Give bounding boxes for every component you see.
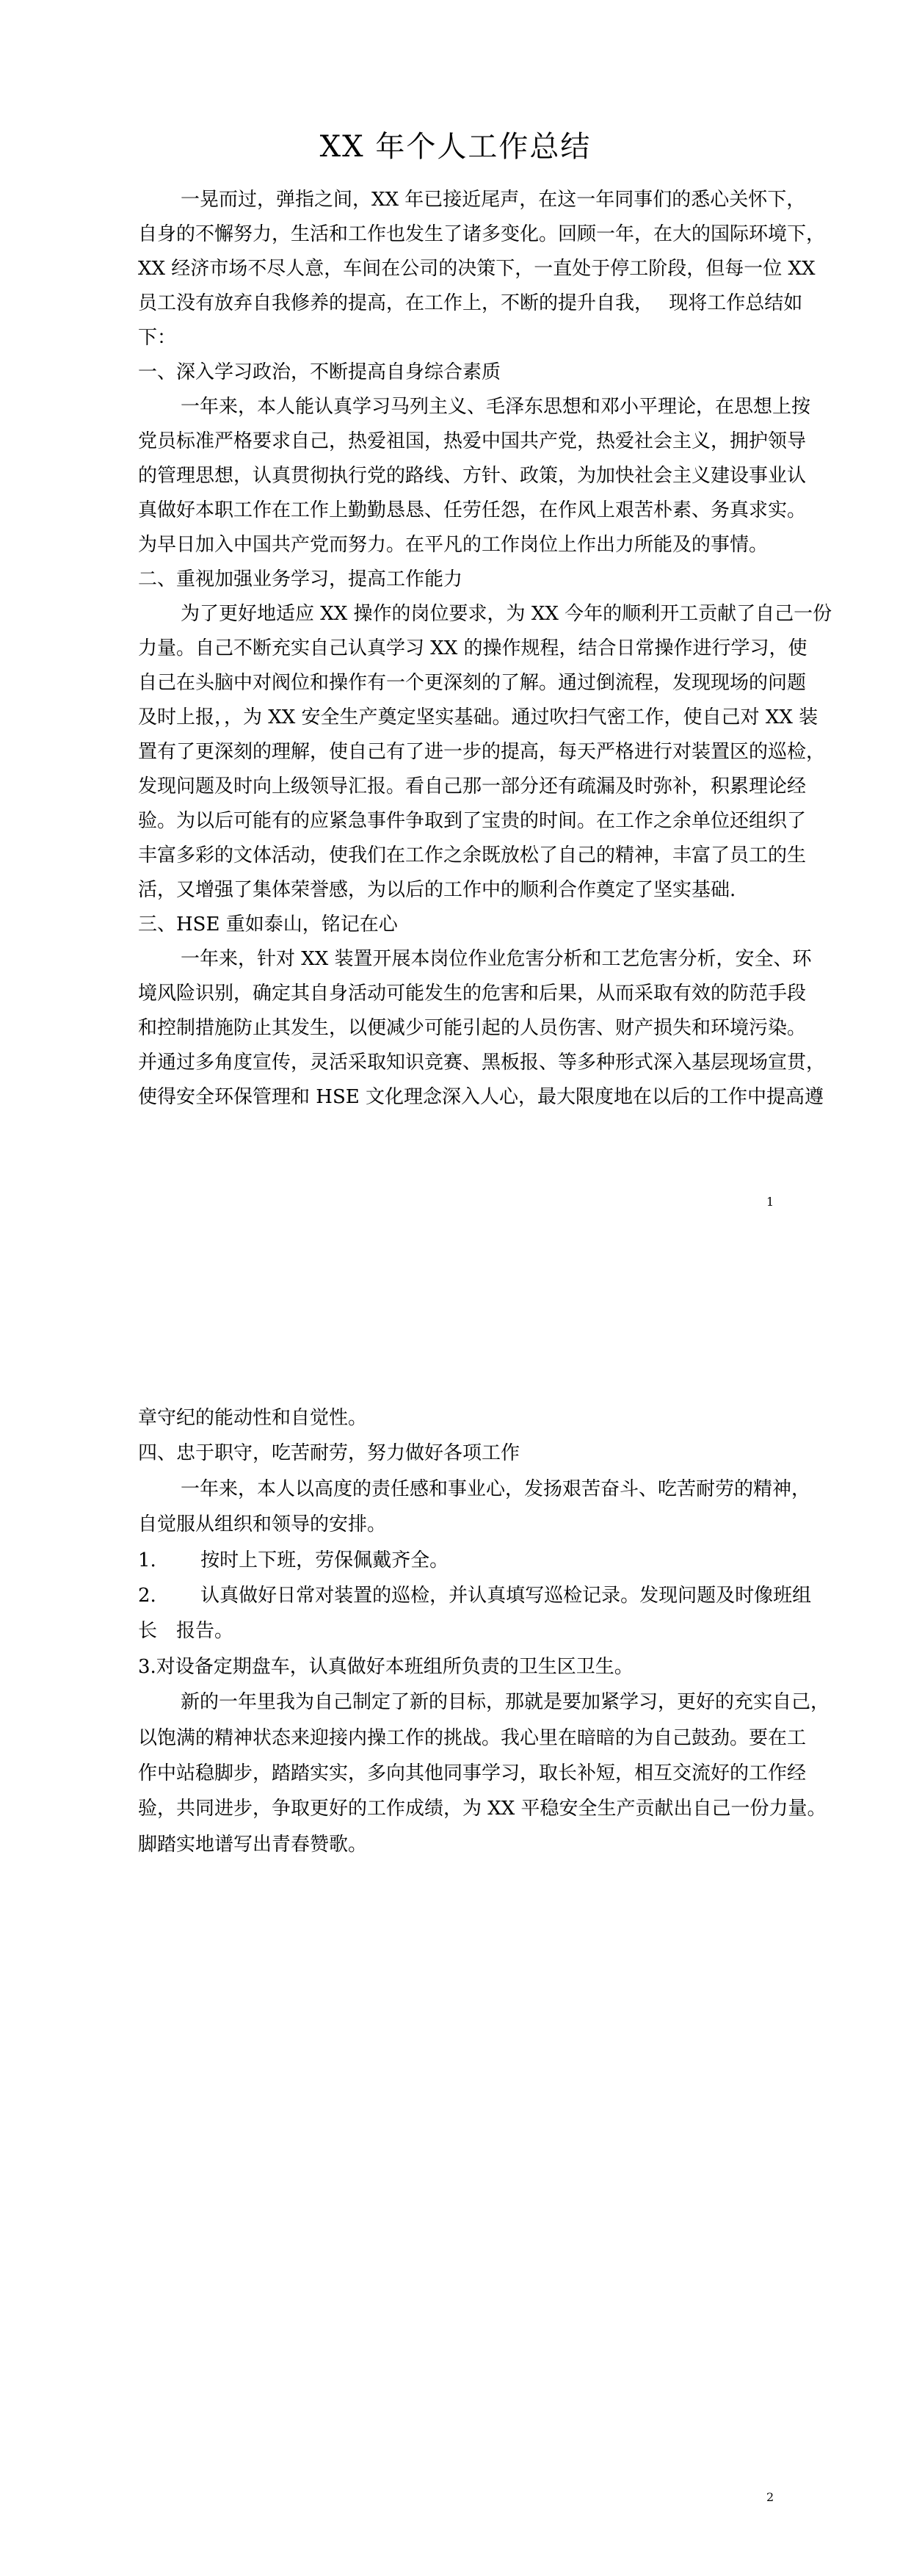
text-line: 丰富多彩的文体活动，使我们在工作之余既放松了自己的精神，丰富了员工的生	[138, 839, 771, 873]
text-line: 自己在头脑中对阀位和操作有一个更深刻的了解。通过倒流程，发现现场的问题	[138, 666, 771, 701]
text-line: 验。为以后可能有的应紧急事件争取到了宝贵的时间。在工作之余单位还组织了	[138, 804, 771, 839]
text-line: 四、忠于职守，吃苦耐劳，努力做好各项工作	[138, 1436, 771, 1471]
text-line: 置有了更深刻的理解，使自己有了进一步的提高，每天严格进行对装置区的巡检，	[138, 735, 771, 770]
document-title: XX 年个人工作总结	[0, 126, 911, 167]
text-line: 并通过多角度宣传，灵活采取知识竞赛、黑板报、等多种形式深入基层现场宣贯，	[138, 1046, 771, 1080]
text-line: 一年来，针对 XX 装置开展本岗位作业危害分析和工艺危害分析，安全、环	[138, 942, 771, 977]
text-line: 一、深入学习政治，不断提高自身综合素质	[138, 355, 771, 390]
text-line: 为早日加入中国共产党而努力。在平凡的工作岗位上作出力所能及的事情。	[138, 528, 771, 562]
text-line: 员工没有放弃自我修养的提高，在工作上，不断的提升自我， 现将工作总结如	[138, 286, 771, 321]
page-number: 1	[766, 1195, 774, 1209]
text-line: 境风险识别，确定其自身活动可能发生的危害和后果，从而采取有效的防范手段	[138, 977, 771, 1011]
text-line: 以饱满的精神状态来迎接内操工作的挑战。我心里在暗暗的为自己鼓劲。要在工	[138, 1721, 771, 1756]
text-line: 力量。自己不断充实自己认真学习 XX 的操作规程，结合日常操作进行学习，使	[138, 632, 771, 666]
page-2: 章守纪的能动性和自觉性。四、忠于职守，吃苦耐劳，努力做好各项工作一年来，本人以高…	[0, 1288, 911, 2576]
text-line: 脚踏实地谱写出青春赞歌。	[138, 1827, 771, 1862]
text-line: 章守纪的能动性和自觉性。	[138, 1400, 771, 1436]
text-line: 及时上报，，为 XX 安全生产奠定坚实基础。通过吹扫气密工作，使自己对 XX 装	[138, 701, 771, 735]
text-line: 发现问题及时向上级领导汇报。看自己那一部分还有疏漏及时弥补，积累理论经	[138, 770, 771, 804]
page-1-body: 一晃而过，弹指之间，XX 年已接近尾声，在这一年同事们的悉心关怀下，自身的不懈努…	[138, 183, 771, 1115]
page-number: 2	[766, 2490, 774, 2505]
text-line: 作中站稳脚步，踏踏实实，多向其他同事学习，取长补短，相互交流好的工作经	[138, 1756, 771, 1791]
text-line: 一年来，本人以高度的责任感和事业心，发扬艰苦奋斗、吃苦耐劳的精神，	[138, 1472, 771, 1507]
text-line: 的管理思想，认真贯彻执行党的路线、方针、政策，为加快社会主义建设事业认	[138, 459, 771, 493]
page-2-body: 章守纪的能动性和自觉性。四、忠于职守，吃苦耐劳，努力做好各项工作一年来，本人以高…	[138, 1400, 771, 1862]
text-line: 新的一年里我为自己制定了新的目标，那就是要加紧学习，更好的充实自己，	[138, 1685, 771, 1720]
text-line: 为了更好地适应 XX 操作的岗位要求，为 XX 今年的顺利开工贡献了自己一份	[138, 597, 771, 632]
text-line: 真做好本职工作在工作上勤勤恳恳、任劳任怨，在作风上艰苦朴素、务真求实。	[138, 493, 771, 528]
text-line: XX 经济市场不尽人意，车间在公司的决策下，一直处于停工阶段，但每一位 XX	[138, 252, 771, 286]
text-line: 一年来，本人能认真学习马列主义、毛泽东思想和邓小平理论，在思想上按	[138, 390, 771, 424]
text-line: 党员标准严格要求自己，热爱祖国，热爱中国共产党，热爱社会主义，拥护领导	[138, 424, 771, 459]
text-line: 使得安全环保管理和 HSE 文化理念深入人心，最大限度地在以后的工作中提高遵	[138, 1080, 771, 1115]
text-line: 活，又增强了集体荣誉感，为以后的工作中的顺利合作奠定了坚实基础.	[138, 873, 771, 908]
text-line: 长 报告。	[138, 1613, 771, 1649]
page-1: XX 年个人工作总结 一晃而过，弹指之间，XX 年已接近尾声，在这一年同事们的悉…	[0, 0, 911, 1288]
text-line: 和控制措施防止其发生，以便减少可能引起的人员伤害、财产损失和环境污染。	[138, 1011, 771, 1046]
text-line: 验，共同进步，争取更好的工作成绩，为 XX 平稳安全生产贡献出自己一份力量。	[138, 1791, 771, 1826]
text-line: 2. 认真做好日常对装置的巡检，并认真填写巡检记录。发现问题及时像班组	[138, 1578, 771, 1613]
text-line: 二、重视加强业务学习，提高工作能力	[138, 562, 771, 597]
text-line: 下：	[138, 321, 771, 355]
text-line: 三、HSE 重如泰山，铭记在心	[138, 908, 771, 942]
text-line: 3.对设备定期盘车，认真做好本班组所负责的卫生区卫生。	[138, 1649, 771, 1685]
text-line: 自身的不懈努力，生活和工作也发生了诸多变化。回顾一年，在大的国际环境下，	[138, 217, 771, 252]
text-line: 1. 按时上下班，劳保佩戴齐全。	[138, 1543, 771, 1578]
text-line: 一晃而过，弹指之间，XX 年已接近尾声，在这一年同事们的悉心关怀下，	[138, 183, 771, 217]
text-line: 自觉服从组织和领导的安排。	[138, 1507, 771, 1542]
